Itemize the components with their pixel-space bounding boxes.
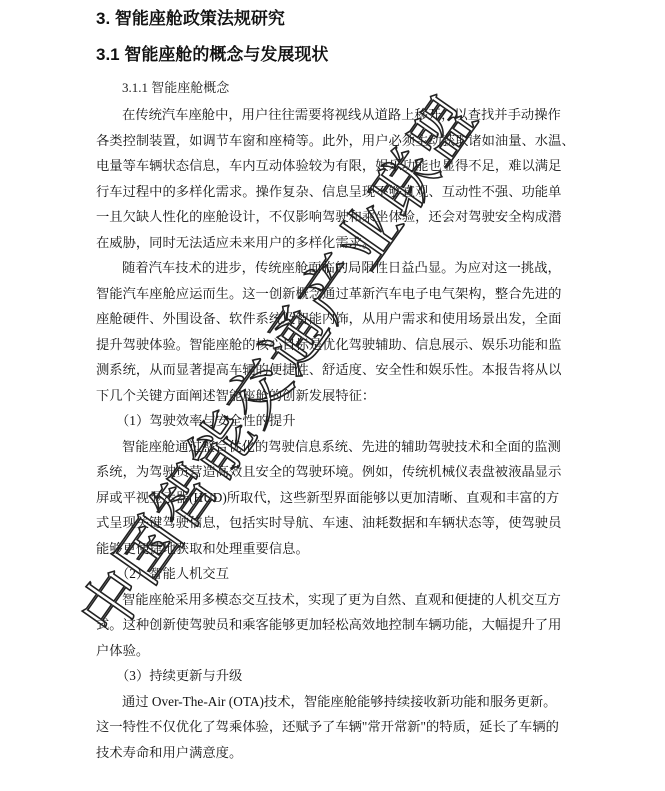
paragraph-line: 户体验。 (96, 638, 566, 664)
list-item-heading: （1）驾驶效率与安全性的提升 (96, 408, 566, 434)
paragraph-line: 随着汽车技术的进步，传统座舱面临的局限性日益凸显。为应对这一挑战， (96, 255, 566, 281)
paragraph-line: 行车过程中的多样化需求。操作复杂、信息呈现不够直观、互动性不强、功能单 (96, 179, 566, 205)
paragraph-line: 智能汽车座舱应运而生。这一创新概念通过革新汽车电子电气架构，整合先进的 (96, 281, 566, 307)
paragraph-line: 下几个关键方面阐述智能座舱的创新发展特征： (96, 383, 566, 409)
subsection-heading: 3.1.1 智能座舱概念 (122, 79, 229, 97)
paragraph-line: 式呈现关键驾驶信息，包括实时导航、车速、油耗数据和车辆状态等，使驾驶员 (96, 510, 566, 536)
paragraph-line: 一且欠缺人性化的座舱设计，不仅影响驾驶和乘坐体验，还会对驾驶安全构成潜 (96, 204, 566, 230)
chapter-heading: 3. 智能座舱政策法规研究 (96, 8, 285, 30)
paragraph-line: 技术寿命和用户满意度。 (96, 740, 566, 766)
paragraph-line: 各类控制装置，如调节车窗和座椅等。此外，用户必须主动获取诸如油量、水温、 (96, 128, 566, 154)
paragraph-line: 系统，为驾驶员营造高效且安全的驾驶环境。例如，传统机械仪表盘被液晶显示 (96, 459, 566, 485)
body-text: 在传统汽车座舱中，用户往往需要将视线从道路上移开，以查找并手动操作 各类控制装置… (96, 102, 566, 765)
paragraph-line: 智能座舱采用多模态交互技术，实现了更为自然、直观和便捷的人机交互方 (96, 587, 566, 613)
paragraph-line: 在传统汽车座舱中，用户往往需要将视线从道路上移开，以查找并手动操作 (96, 102, 566, 128)
paragraph-line: 通过 Over-The-Air (OTA)技术，智能座舱能够持续接收新功能和服务… (96, 689, 566, 715)
list-item-heading: （2）智能人机交互 (96, 561, 566, 587)
paragraph-line: 这一特性不仅优化了驾乘体验，还赋予了车辆"常开常新"的特质，延长了车辆的 (96, 714, 566, 740)
document-page: 3. 智能座舱政策法规研究 3.1 智能座舱的概念与发展现状 3.1.1 智能座… (0, 0, 665, 791)
paragraph-line: 测系统，从而显著提高车辆的便捷性、舒适度、安全性和娱乐性。本报告将从以 (96, 357, 566, 383)
paragraph-line: 座舱硬件、外围设备、软件系统及智能内饰，从用户需求和使用场景出发，全面 (96, 306, 566, 332)
paragraph-line: 电量等车辆状态信息，车内互动体验较为有限，娱乐功能也显得不足，难以满足 (96, 153, 566, 179)
section-heading: 3.1 智能座舱的概念与发展现状 (96, 44, 328, 66)
paragraph-line: 式。这种创新使驾驶员和乘客能够更加轻松高效地控制车辆功能，大幅提升了用 (96, 612, 566, 638)
paragraph-line: 屏或平视显示器(HUD)所取代，这些新型界面能够以更加清晰、直观和丰富的方 (96, 485, 566, 511)
paragraph-line: 智能座舱通过整合优化的驾驶信息系统、先进的辅助驾驶技术和全面的监测 (96, 434, 566, 460)
paragraph-line: 提升驾驶体验。智能座舱的核心目标是优化驾驶辅助、信息展示、娱乐功能和监 (96, 332, 566, 358)
paragraph-line: 在威胁，同时无法适应未来用户的多样化需求。 (96, 230, 566, 256)
list-item-heading: （3）持续更新与升级 (96, 663, 566, 689)
paragraph-line: 能够更便捷地获取和处理重要信息。 (96, 536, 566, 562)
